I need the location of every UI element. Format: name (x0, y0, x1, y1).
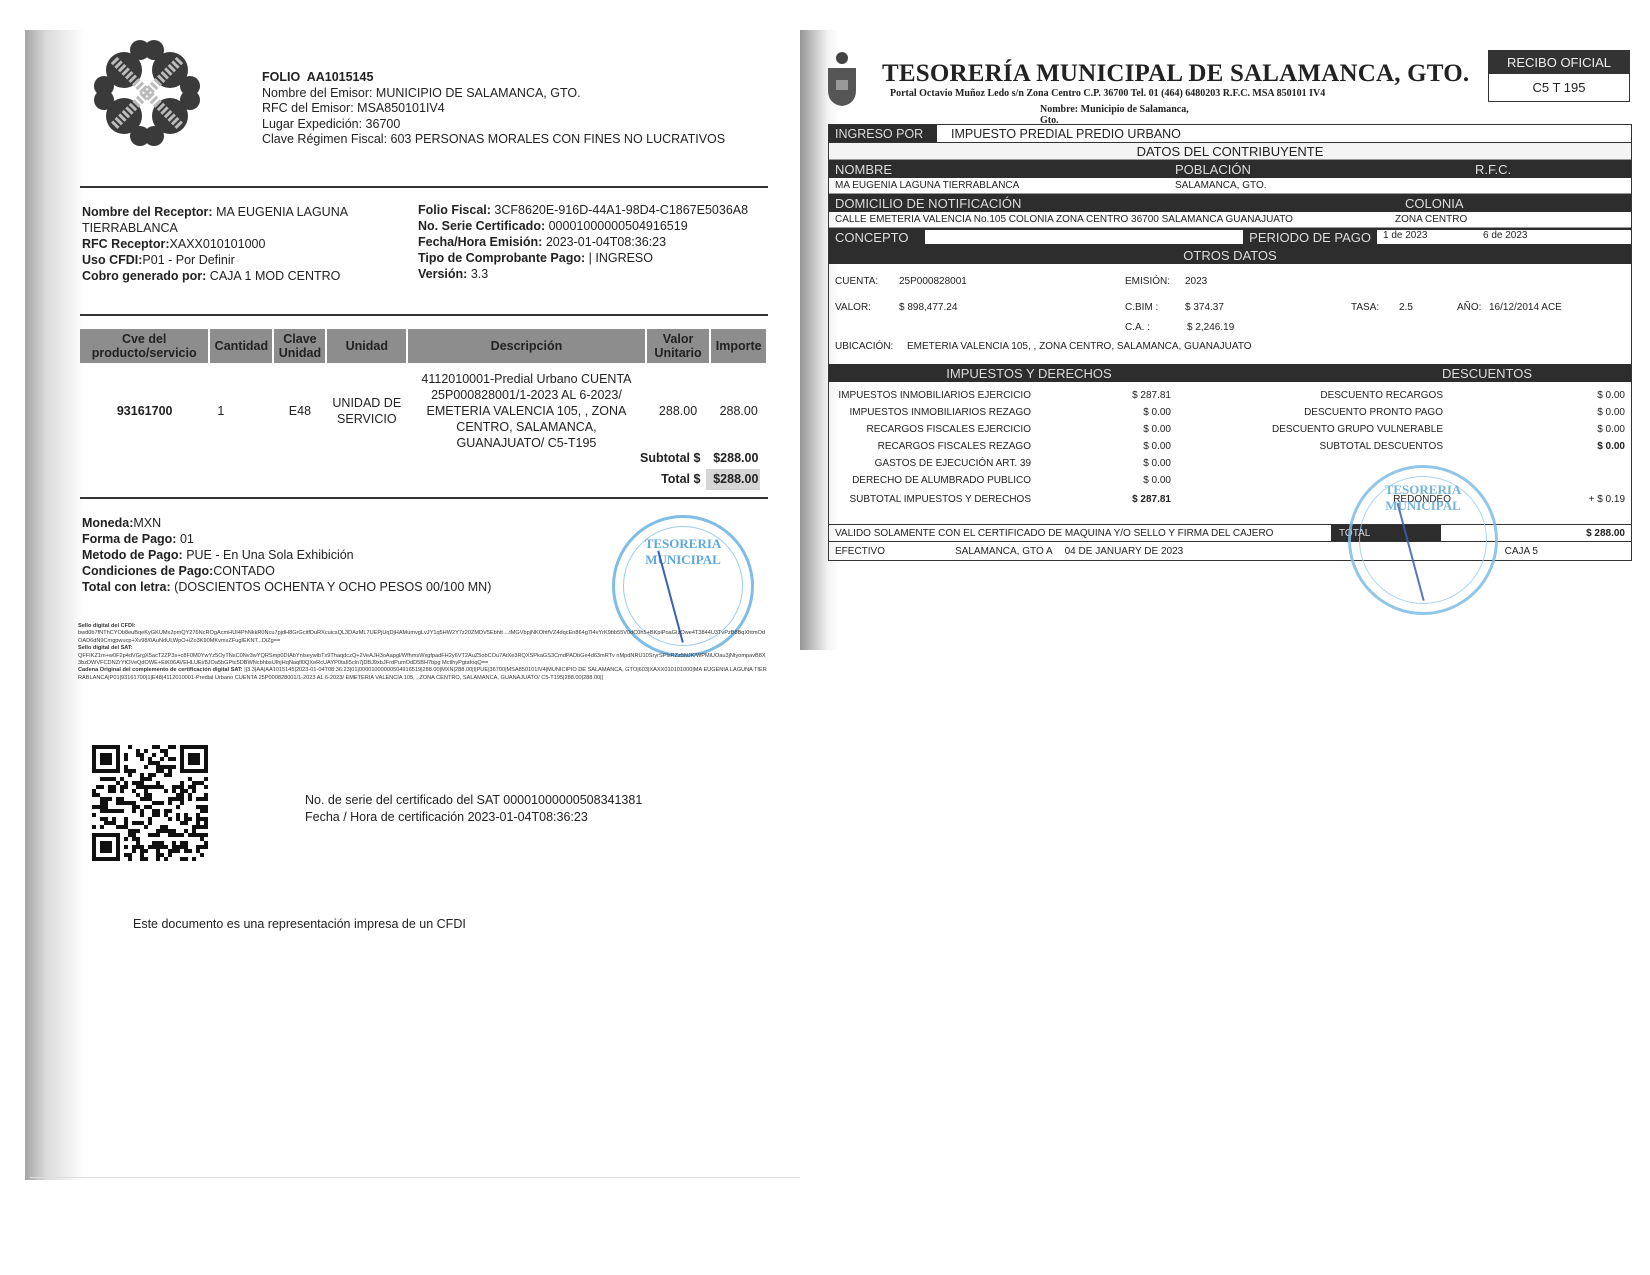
recibo-number: C5 T 195 (1489, 74, 1629, 101)
pago-block: Moneda:MXN Forma de Pago: 01 Metodo de P… (82, 515, 491, 595)
version: 3.3 (471, 267, 488, 281)
folio-fiscal: 3CF8620E-916D-44A1-98D4-C1867E5036A8 (494, 203, 748, 217)
ca-value: $ 2,246.19 (1187, 322, 1234, 333)
fecha-emision: 2023-01-04T08:36:23 (546, 235, 666, 249)
descuentos-title: DESCUENTOS (1229, 366, 1631, 381)
emision-value: 2023 (1185, 276, 1207, 287)
impuesto-label: DERECHO DE ALUMBRADO PUBLICO (852, 475, 1031, 486)
uso-cfdi-label: Uso CFDI: (82, 253, 142, 267)
subtotal-label: Subtotal $ (640, 448, 700, 469)
impuesto-value: $ 0.00 (1143, 441, 1171, 452)
forma-pago: 01 (180, 532, 194, 546)
impuestos-title: IMPUESTOS Y DERECHOS (829, 366, 1229, 381)
ingreso-row: INGRESO POR IMPUESTO PREDIAL PREDIO URBA… (829, 125, 1631, 143)
cell-clave-unidad: E48 (273, 363, 326, 459)
impuesto-value: $ 0.00 (1143, 424, 1171, 435)
anio-label: AÑO: (1457, 302, 1481, 313)
ingreso-value: IMPUESTO PREDIAL PREDIO URBANO (937, 127, 1187, 141)
cell-importe: 288.00 (710, 363, 767, 459)
uso-cfdi: P01 - Por Definir (142, 253, 234, 267)
emisor-nombre: Nombre del Emisor: MUNICIPIO DE SALAMANC… (262, 86, 725, 102)
metodo-pago-label: Metodo de Pago: (82, 548, 183, 562)
lugar-expedicion: Lugar Expedición: 36700 (262, 117, 725, 133)
serie-certificado-label: No. Serie Certificado: (418, 219, 545, 233)
recibo-label: RECIBO OFICIAL (1489, 51, 1629, 74)
folio: FOLIO AA1015145 (262, 70, 725, 86)
total-label: Total $ (661, 469, 700, 490)
impuesto-label: IMPUESTOS INMOBILIARIOS REZAGO (849, 407, 1031, 418)
sello-sat-label: Sello digital del SAT: (78, 645, 768, 652)
descuento-label: DESCUENTO GRUPO VULNERABLE (1272, 424, 1443, 435)
valido-note: VALIDO SOLAMENTE CON EL CERTIFICADO DE M… (829, 528, 1279, 539)
condiciones: CONTADO (213, 564, 275, 578)
periodo-fin: 6 de 2023 (1477, 230, 1631, 244)
colonia-value: ZONA CENTRO (1389, 214, 1473, 225)
col-valor-unitario: Valor Unitario (646, 329, 711, 363)
efectivo-label: EFECTIVO (829, 546, 949, 557)
subtotal-descuentos-label: SUBTOTAL DESCUENTOS (1319, 441, 1443, 452)
impuesto-label: IMPUESTOS INMOBILIARIOS EJERCICIO (838, 390, 1031, 401)
cobro-value: CAJA 1 MOD CENTRO (210, 269, 341, 283)
cbim-label: C.BIM : (1125, 302, 1158, 313)
serie-certificado: 00001000000504916519 (549, 219, 688, 233)
contribuyente-nombre: MA EUGENIA LAGUNA TIERRABLANCA (829, 180, 1169, 191)
impuesto-value: $ 0.00 (1143, 407, 1171, 418)
nombre-header-bar: NOMBRE POBLACIÓN R.F.C. (829, 160, 1631, 178)
otros-datos-title: OTROS DATOS (1183, 248, 1276, 263)
receptor-nombre-label: Nombre del Receptor: (82, 205, 213, 219)
certificacion-block: No. de serie del certificado del SAT 000… (305, 792, 642, 826)
fiscal-block: Folio Fiscal: 3CF8620E-916D-44A1-98D4-C1… (418, 202, 748, 282)
concepto-label: CONCEPTO (829, 230, 925, 245)
impuesto-value: $ 0.00 (1143, 475, 1171, 486)
domicilio-label: DOMICILIO DE NOTIFICACIÓN (829, 196, 1399, 211)
valor-label: VALOR: (835, 302, 871, 313)
impuestos-descuentos: IMPUESTOS INMOBILIARIOS EJERCICIO $ 287.… (829, 382, 1631, 524)
descuento-value: $ 0.00 (1597, 407, 1625, 418)
impuesto-label: GASTOS DE EJECUCIÓN ART. 39 (875, 458, 1031, 469)
descuento-value: $ 0.00 (1597, 390, 1625, 401)
periodo-label: PERIODO DE PAGO (1243, 230, 1377, 245)
sello-cfdi-label: Sello digital del CFDI: (78, 623, 768, 630)
cfdi-document: FOLIO AA1015145 Nombre del Emisor: MUNIC… (0, 0, 800, 1180)
nombre-label: NOMBRE (829, 162, 1169, 177)
colonia-label: COLONIA (1399, 196, 1470, 211)
receptor-rfc: XAXX010101000 (170, 237, 266, 251)
coat-of-arms-icon (822, 50, 862, 108)
col-cve: Cve del producto/servicio (80, 329, 209, 363)
folio-fiscal-label: Folio Fiscal: (418, 203, 491, 217)
recibo-number-box: RECIBO OFICIAL C5 T 195 (1488, 50, 1630, 102)
page-edge (30, 1177, 800, 1178)
col-cantidad: Cantidad (209, 329, 273, 363)
total-value: $288.00 (706, 469, 760, 490)
anio-value: 16/12/2014 ACE (1489, 302, 1562, 313)
sello-sat: QFFIKZ1m+w0F2p4dVGrgX5acT2ZP3s+c8F0M0YwY… (78, 653, 768, 668)
cbim-value: $ 374.37 (1185, 302, 1224, 313)
cell-descripcion: 4112010001-Predial Urbano CUENTA 25P0008… (407, 363, 645, 459)
descuento-label: DESCUENTO RECARGOS (1320, 390, 1443, 401)
contribuyente-poblacion: SALAMANCA, GTO. (1169, 180, 1273, 191)
nombre-row: MA EUGENIA LAGUNA TIERRABLANCA SALAMANCA… (829, 178, 1631, 194)
rfc-label: R.F.C. (1469, 162, 1517, 177)
periodo-inicio: 1 de 2023 (1377, 230, 1477, 244)
domicilio-row: CALLE EMETERIA VALENCIA No.105 COLONIA Z… (829, 212, 1631, 228)
descuento-value: $ 0.00 (1597, 424, 1625, 435)
emisor-rfc: RFC del Emisor: MSA850101IV4 (262, 101, 725, 117)
recibo-nombre-line: Nombre: Municipio de Salamanca, Gto. (1040, 104, 1190, 126)
forma-pago-label: Forma de Pago: (82, 532, 176, 546)
cell-valor-unitario: 288.00 (646, 363, 711, 459)
folio-value: AA1015145 (307, 70, 374, 84)
col-unidad: Unidad (326, 329, 407, 363)
impuesto-value: $ 287.81 (1132, 390, 1171, 401)
table-row: 93161700 1 E48 UNIDAD DE SERVICIO 411201… (80, 363, 767, 459)
moneda-label: Moneda: (82, 516, 133, 530)
cert-fecha: Fecha / Hora de certificación 2023-01-04… (305, 809, 642, 826)
ca-label: C.A. : (1125, 322, 1150, 333)
lugar-fecha: SALAMANCA, GTO A (949, 546, 1059, 557)
cuenta-label: CUENTA: (835, 276, 878, 287)
divider (80, 497, 768, 499)
tipo-comprobante: | INGRESO (589, 251, 653, 265)
cell-unidad: UNIDAD DE SERVICIO (326, 363, 407, 459)
recibo-subtitle: Portal Octavio Muñoz Ledo s/n Zona Centr… (890, 88, 1325, 99)
impuesto-label: RECARGOS FISCALES EJERCICIO (867, 424, 1031, 435)
cadena-label: Cadena Original del complemento de certi… (78, 667, 243, 673)
total-letra-label: Total con letra: (82, 580, 171, 594)
domicilio-header-bar: DOMICILIO DE NOTIFICACIÓN COLONIA (829, 194, 1631, 212)
ubicacion-value: EMETERIA VALENCIA 105, , ZONA CENTRO, SA… (907, 341, 1252, 352)
emisor-block: FOLIO AA1015145 Nombre del Emisor: MUNIC… (262, 70, 725, 148)
tasa-value: 2.5 (1399, 302, 1413, 313)
subtotal-impuestos-value: $ 287.81 (1132, 494, 1171, 505)
efectivo-row: EFECTIVO SALAMANCA, GTO A 04 DE JANUARY … (829, 542, 1631, 560)
receptor-rfc-label: RFC Receptor: (82, 237, 170, 251)
fecha-emision-label: Fecha/Hora Emisión: (418, 235, 542, 249)
subtotal-descuentos-value: $ 0.00 (1597, 441, 1625, 452)
cobro-label: Cobro generado por: (82, 269, 206, 283)
divider (80, 186, 768, 188)
otros-header-bar: OTROS DATOS (829, 246, 1631, 264)
otros-datos: CUENTA: 25P000828001 EMISIÓN: 2023 VALOR… (829, 264, 1631, 364)
subtotal-value: $288.00 (706, 448, 760, 469)
total-row: VALIDO SOLAMENTE CON EL CERTIFICADO DE M… (829, 524, 1631, 542)
divider (80, 314, 768, 316)
recibo-title: TESORERÍA MUNICIPAL DE SALAMANCA, GTO. (882, 60, 1469, 88)
recibo-oficial: TESORERÍA MUNICIPAL DE SALAMANCA, GTO. P… (800, 30, 1650, 660)
redondeo-value: + $ 0.19 (1589, 494, 1625, 505)
receptor-block: Nombre del Receptor: MA EUGENIA LAGUNA T… (82, 204, 382, 284)
municipal-logo-icon (92, 38, 202, 148)
caja: CAJA 5 (1499, 546, 1544, 557)
subtotal-impuestos-label: SUBTOTAL IMPUESTOS Y DERECHOS (849, 494, 1031, 505)
totals-block: Subtotal $$288.00 Total $$288.00 (640, 448, 760, 490)
recibo-grid: INGRESO POR IMPUESTO PREDIAL PREDIO URBA… (828, 124, 1632, 561)
col-clave-unidad: Clave Unidad (273, 329, 326, 363)
tasa-label: TASA: (1351, 302, 1379, 313)
concepto-bar: CONCEPTO PERIODO DE PAGO 1 de 2023 6 de … (829, 228, 1631, 246)
col-descripcion: Descripción (407, 329, 645, 363)
version-label: Versión: (418, 267, 467, 281)
tipo-comprobante-label: Tipo de Comprobante Pago: (418, 251, 585, 265)
tesoreria-stamp: TESORERIA MUNICIPAL (1348, 465, 1498, 615)
cert-serie: No. de serie del certificado del SAT 000… (305, 792, 642, 809)
col-importe: Importe (710, 329, 767, 363)
scan-shadow (25, 30, 85, 1180)
concepts-table: Cve del producto/servicio Cantidad Clave… (80, 329, 768, 459)
total-letra: (DOSCIENTOS OCHENTA Y OCHO PESOS 00/100 … (174, 580, 491, 594)
ubicacion-label: UBICACIÓN: (835, 341, 893, 352)
qr-code-icon (92, 745, 208, 861)
sello-cfdi: bwd0b7fNThCYOb8euBqeKyGKUMx2pmQY276NcROg… (78, 630, 768, 645)
folio-label: FOLIO (262, 70, 300, 84)
table-header-row: Cve del producto/servicio Cantidad Clave… (80, 329, 767, 363)
emision-label: EMISIÓN: (1125, 276, 1170, 287)
valor-value: $ 898,477.24 (899, 302, 957, 313)
ingreso-label: INGRESO POR (829, 125, 937, 142)
condiciones-label: Condiciones de Pago: (82, 564, 213, 578)
footer-note: Este documento es una representación imp… (133, 917, 466, 931)
datos-contribuyente-title: DATOS DEL CONTRIBUYENTE (1137, 144, 1324, 159)
cell-cve: 93161700 (80, 363, 209, 459)
cuenta-value: 25P000828001 (899, 276, 967, 287)
poblacion-label: POBLACIÓN (1169, 162, 1469, 177)
concepto-value (925, 230, 1243, 244)
impuestos-header-bar: IMPUESTOS Y DERECHOS DESCUENTOS (829, 364, 1631, 382)
impuesto-value: $ 0.00 (1143, 458, 1171, 469)
regimen-fiscal: Clave Régimen Fiscal: 603 PERSONAS MORAL… (262, 132, 725, 148)
sellos-block: Sello digital del CFDI: bwd0b7fNThCYOb8e… (78, 623, 768, 682)
metodo-pago: PUE - En Una Sola Exhibición (186, 548, 353, 562)
impuesto-label: RECARGOS FISCALES REZAGO (878, 441, 1031, 452)
datos-header: DATOS DEL CONTRIBUYENTE (829, 143, 1631, 160)
moneda: MXN (133, 516, 161, 530)
descuento-label: DESCUENTO PRONTO PAGO (1304, 407, 1443, 418)
cell-cantidad: 1 (209, 363, 273, 459)
domicilio-value: CALLE EMETERIA VALENCIA No.105 COLONIA Z… (829, 214, 1389, 225)
